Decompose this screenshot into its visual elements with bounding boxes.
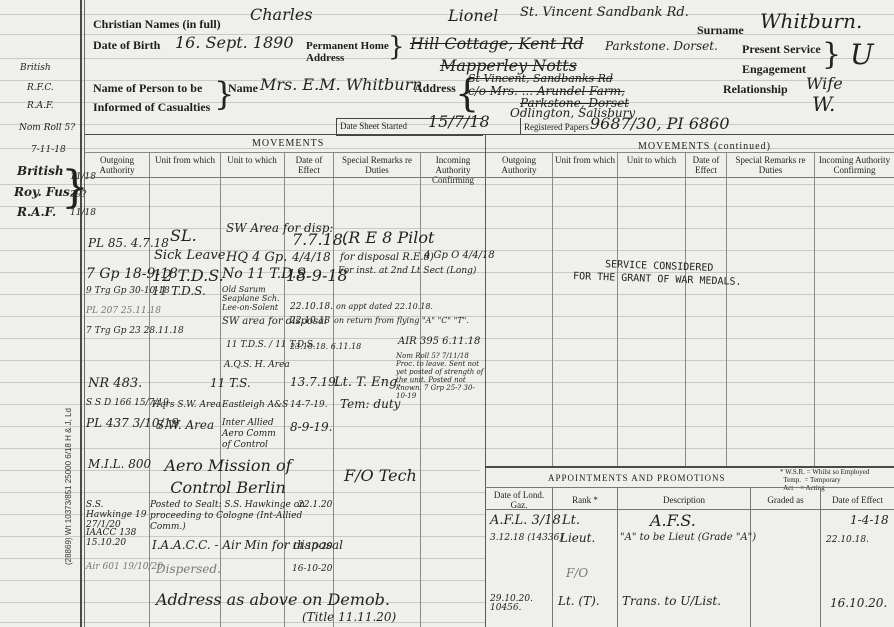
war-medals-stamp-line2: FOR THE GRANT OF WAR MEDALS.: [573, 271, 742, 288]
move-remarks: for disposal R.E.8): [340, 252, 434, 263]
move-date: 7.7.18.: [292, 230, 348, 249]
move-outgoing: IAACC 138 15.10.20: [86, 528, 150, 548]
appt-gazette: 29.10.20. 10456.: [490, 595, 550, 613]
margin-note: British: [17, 164, 64, 178]
appt-rank: Lt.: [562, 513, 580, 528]
dob-value: 16. Sept. 1890: [175, 33, 294, 52]
move-incoming: Nom Roll 5? 7/11/18 Proc. to leave. Sent…: [396, 352, 486, 400]
dob-label: Date of Birth: [93, 38, 160, 53]
col-sep: [750, 487, 751, 627]
relationship-value: Wife: [806, 74, 843, 93]
engagement-label: Engagement: [742, 62, 806, 77]
move-date: 13.7.19.: [290, 375, 340, 389]
move-date: 22.1.20: [298, 500, 332, 510]
col-header-remarks: Special Remarks re Duties: [334, 155, 420, 175]
appt-gazette: 3.12.18 (14336): [490, 533, 563, 543]
move-to: Old Sarum Seaplane Sch. Lee-on-Solent: [222, 285, 284, 312]
col-sep: [685, 152, 686, 466]
move-date: 23.10.18. 6.11.18: [290, 342, 361, 351]
col-header-unit-to: Unit to which: [221, 155, 283, 165]
casualty-address-label: Address: [414, 81, 456, 96]
col-sep: [820, 487, 821, 627]
home-address-line1: Hill Cottage, Kent Rd: [410, 34, 584, 53]
move-incoming: 4 Gp O 4/4/18: [424, 250, 495, 261]
appt-rank: F/O: [566, 566, 588, 580]
home-address-brace: }: [388, 34, 405, 60]
margin-note: British: [20, 63, 51, 73]
col-header-date-cont: Date of Effect: [686, 155, 726, 175]
move-remarks: Tem: duty: [340, 397, 400, 411]
col-sep: [814, 152, 815, 466]
move-remarks: Lt. T. Eng.: [334, 375, 401, 390]
margin-note: 7-11-18: [31, 145, 66, 155]
move-outgoing: Air 601 19/10/20: [86, 562, 163, 572]
move-remarks: on return from flying "A" "C" "T".: [334, 316, 469, 325]
col-header-outgoing-cont: Outgoing Authority: [486, 155, 552, 175]
relationship-value-2: W.: [812, 92, 835, 116]
date-sheet-started-label: Date Sheet Started: [340, 121, 407, 132]
move-date: 22.10.18.: [290, 302, 333, 312]
col-header-remarks-cont: Special Remarks re Duties: [727, 155, 814, 175]
home-address-extra: St. Vincent Sandbank Rd.: [520, 5, 689, 20]
appt-description: Trans. to U/List.: [622, 594, 721, 608]
margin-note: R.F.C.: [27, 83, 54, 93]
move-remarks: on appt dated 22.10.18.: [336, 302, 433, 311]
casualties-label-2: Informed of Casualties: [93, 100, 210, 115]
appt-gazette: A.F.L. 3/18: [490, 513, 561, 528]
margin-note: R.A.F.: [17, 205, 56, 219]
move-from: 11 T.D.S.: [152, 284, 206, 298]
home-address-extra-2: Parkstone. Dorset.: [605, 39, 718, 53]
appt-effect: 16.10.20.: [830, 596, 887, 610]
margin-note: Nom Roll 5?: [19, 123, 75, 133]
margin-note: 39?: [70, 190, 86, 200]
move-outgoing: PL 207 25.11.18: [86, 306, 161, 316]
col-sep: [726, 152, 727, 466]
move-to: Inter Allied Aero Comm of Control: [222, 418, 282, 451]
move-date: 8-9-19.: [290, 420, 332, 434]
service-record-card: British R.F.C. R.A.F. Nom Roll 5? 7-11-1…: [0, 0, 894, 627]
col-header-description: Description: [618, 495, 750, 505]
casualties-label: Name of Person to be: [93, 81, 202, 96]
relationship-label: Relationship: [723, 82, 788, 97]
date-sheet-started-value: 15/7/18: [428, 112, 490, 131]
appt-description: A.F.S.: [650, 511, 696, 530]
movements-title: MOVEMENTS: [252, 138, 324, 149]
casualty-name-value: Mrs. E.M. Whitburn: [260, 75, 423, 94]
move-remarks: For inst. at 2nd Lt Sect (Long): [338, 266, 476, 276]
surname-value: Whitburn.: [760, 9, 862, 33]
surname-label: Surname: [697, 23, 744, 38]
appointments-header-bottom: [485, 509, 894, 510]
service-brace: }: [822, 40, 841, 70]
card-left-border: [80, 0, 82, 627]
margin-note: 11/18: [70, 208, 96, 218]
card-left-border-inner: [84, 0, 85, 627]
registered-papers-value: 9687/30, PI 6860: [590, 114, 730, 133]
appointments-title: APPOINTMENTS AND PROMOTIONS: [548, 473, 726, 483]
col-sep: [552, 152, 553, 466]
movements-continued-title: MOVEMENTS (continued): [638, 141, 771, 152]
margin-note: R.A.F.: [27, 101, 54, 111]
registered-papers-label: Registered Papers: [524, 122, 589, 133]
christian-names-label: Christian Names (in full): [93, 17, 221, 32]
col-header-incoming-cont: Incoming Authority Confirming: [815, 155, 894, 175]
rule-line: [0, 448, 894, 449]
col-header-incoming: Incoming Authority Confirming: [421, 155, 485, 185]
col-header-rank: Rank *: [553, 495, 617, 505]
move-date: 4/4/18: [292, 250, 331, 264]
present-service-value: U: [850, 38, 874, 71]
col-sep: [552, 487, 553, 627]
move-to: A.Q.S. H. Area: [224, 360, 290, 370]
movements-title-divider: [85, 152, 894, 153]
move-remarks: F/O Tech: [344, 466, 417, 485]
col-sep: [617, 487, 618, 627]
col-sep: [617, 152, 618, 466]
casualty-name-label: Name: [228, 81, 258, 96]
movements-top-border: [85, 134, 894, 135]
col-header-unit-from-cont: Unit from which: [553, 155, 617, 165]
move-to: (Title 11.11.20): [302, 610, 396, 624]
move-remarks: (R E 8 Pilot: [342, 228, 434, 247]
move-to: HQ 4 Gp.: [226, 250, 287, 265]
move-from: Sick Leave: [154, 248, 225, 263]
move-date: 16-10-20: [292, 564, 332, 574]
present-service-label: Present Service: [742, 42, 821, 57]
header-bottom-border: [85, 177, 894, 178]
move-outgoing: 7 Trg Gp 23 28.11.18: [86, 326, 184, 336]
move-from: Address as above on Demob.: [156, 590, 390, 609]
move-from: S.W. Area: [156, 418, 214, 432]
move-to: 11 T.S.: [210, 376, 251, 390]
move-from: Hqrs S.W. Area: [152, 400, 221, 410]
move-outgoing: M.I.L. 800: [88, 457, 151, 471]
move-date: 14-7-19.: [290, 400, 328, 410]
move-from: SL.: [170, 226, 197, 245]
appt-rank: Lt. (T).: [558, 594, 600, 608]
move-outgoing: NR 483.: [88, 376, 142, 391]
col-header-graded: Graded as: [751, 495, 820, 505]
move-outgoing: S.S. Hawkinge 19 27/1/20: [86, 500, 150, 530]
move-date: 22.10.18: [290, 316, 330, 326]
move-from: Dispersed.: [156, 562, 221, 576]
christian-names-value: Charles: [250, 5, 313, 24]
appt-rank: Lieut.: [560, 531, 595, 545]
appointments-legend: * W.S.R. = Whilst so Employed Temp. = Te…: [780, 468, 869, 492]
appt-effect: 1-4-18: [850, 513, 889, 527]
move-incoming: AIR 395 6.11.18: [398, 336, 480, 347]
move-from: 12 T.D.S.: [152, 266, 224, 285]
col-header-effect: Date of Effect: [821, 495, 894, 505]
rule-line: [0, 228, 894, 229]
move-from: Aero Mission of Control Berlin: [158, 455, 298, 499]
col-sep: [149, 152, 150, 627]
home-address-label-2: Address: [306, 52, 344, 64]
move-to: Eastleigh A&S: [222, 400, 288, 410]
home-address-label: Permanent Home: [306, 40, 389, 52]
appointments-title-divider: [485, 487, 894, 488]
appt-effect: 22.10.18.: [826, 535, 869, 545]
col-header-outgoing: Outgoing Authority: [86, 155, 148, 175]
col-header-gazette: Date of Lond. Gaz.: [486, 490, 552, 510]
col-header-date: Date of Effect: [285, 155, 333, 175]
appt-description: "A" to be Lieut (Grade "A"): [620, 532, 756, 543]
form-imprint: (28869) Wt 10373/851 25000 6/18 H & J, L…: [64, 408, 73, 565]
col-header-unit-from: Unit from which: [150, 155, 220, 165]
col-header-unit-to-cont: Unit to which: [618, 155, 685, 165]
christian-names-value-2: Lionel: [448, 6, 498, 25]
rule-line: [0, 206, 894, 207]
move-date: 14-10-20: [292, 542, 332, 552]
